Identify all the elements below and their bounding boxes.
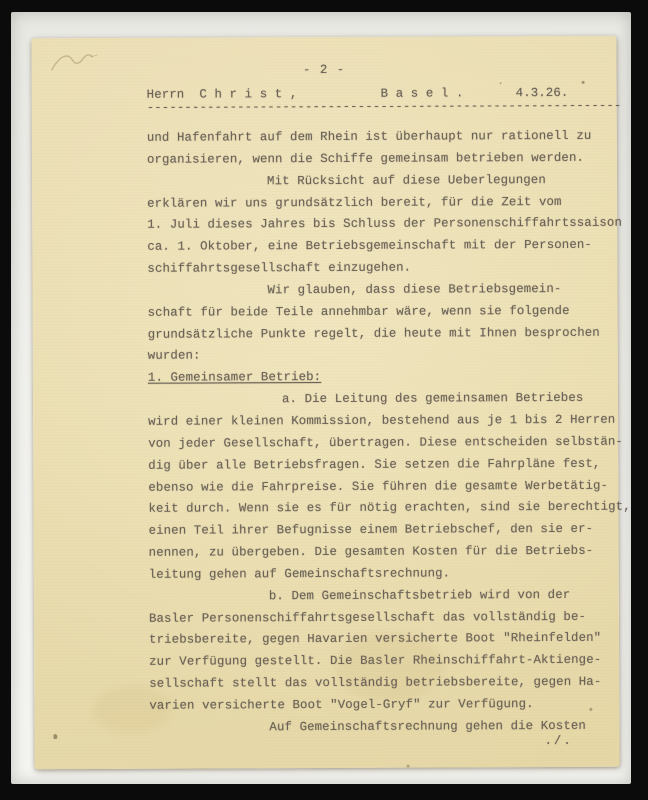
text-line: sellschaft stellt das vollständig betrie…: [149, 672, 631, 696]
text-line: wird einer kleinen Kommission, bestehend…: [148, 410, 630, 434]
text-line: Mit Rücksicht auf diese Ueberlegungen: [147, 169, 629, 193]
paper-speck: [407, 765, 410, 768]
text-line: varien versicherte Boot "Vogel-Gryf" zur…: [149, 694, 631, 718]
document-page: - 2 - Herrn C h r i s t , B a s e l . 4.…: [31, 36, 619, 770]
text-line: 1. Gemeinsamer Betrieb:: [148, 366, 630, 390]
paper-speck: [500, 82, 502, 84]
text-line: nennen, zu übergeben. Die gesamten Koste…: [149, 541, 631, 565]
text-line: wurden:: [148, 344, 630, 368]
text-line: organisieren, wenn die Schiffe gemeinsam…: [147, 148, 629, 172]
text-line: Basler Personenschiffahrtsgesellschaft d…: [149, 606, 631, 630]
text-line: zur Verfügung gestellt. Die Basler Rhein…: [149, 650, 631, 674]
text-line: b. Dem Gemeinschaftsbetrieb wird von der: [149, 584, 631, 608]
text-line: grundsätzliche Punkte regelt, die heute …: [148, 322, 630, 346]
scanner-mat: - 2 - Herrn C h r i s t , B a s e l . 4.…: [11, 12, 631, 784]
scan-background: { "colors":{ "background":"#0b0b0b", "ma…: [0, 0, 648, 800]
text-line: dig über alle Betriebsfragen. Sie setzen…: [148, 453, 630, 477]
text-line: triebsbereite, gegen Havarien versichert…: [149, 628, 631, 652]
text-line: leitung gehen auf Gemeinschaftsrechnung.: [149, 563, 631, 587]
text-line: und Hafenfahrt auf dem Rhein ist überhau…: [147, 126, 629, 150]
text-line: a. Die Leitung des gemeinsamen Betriebes: [148, 388, 630, 412]
text-line: 1. Juli dieses Jahres bis Schluss der Pe…: [147, 213, 629, 237]
text-line: ca. 1. Oktober, eine Betriebsgemeinschaf…: [147, 235, 629, 259]
text-line: schiffahrtsgesellschaft einzugehen.: [147, 257, 629, 281]
text-line: von jeder Gesellschaft, übertragen. Dies…: [148, 431, 630, 455]
text-line: einen Teil ihrer Befugnisse einem Betrie…: [149, 519, 631, 543]
text-line: erklären wir uns grundsätzlich bereit, f…: [147, 191, 629, 215]
text-line: schaft für beide Teile annehmbar wäre, w…: [148, 300, 630, 324]
page-number: - 2 -: [32, 62, 617, 79]
paper-speck: [53, 734, 57, 739]
text-line: ebenso wie die Fahrpreise. Sie führen di…: [148, 475, 630, 499]
paper-speck: [582, 81, 585, 84]
text-line: keit durch. Wenn sie es für nötig eracht…: [148, 497, 630, 521]
header-divider-rule: ----------------------------------------…: [147, 99, 621, 115]
body-lines: und Hafenfahrt auf dem Rhein ist überhau…: [147, 126, 632, 740]
text-line: Wir glauben, dass diese Betriebsgemein-: [147, 279, 629, 303]
continuation-mark: ./.: [544, 734, 572, 748]
